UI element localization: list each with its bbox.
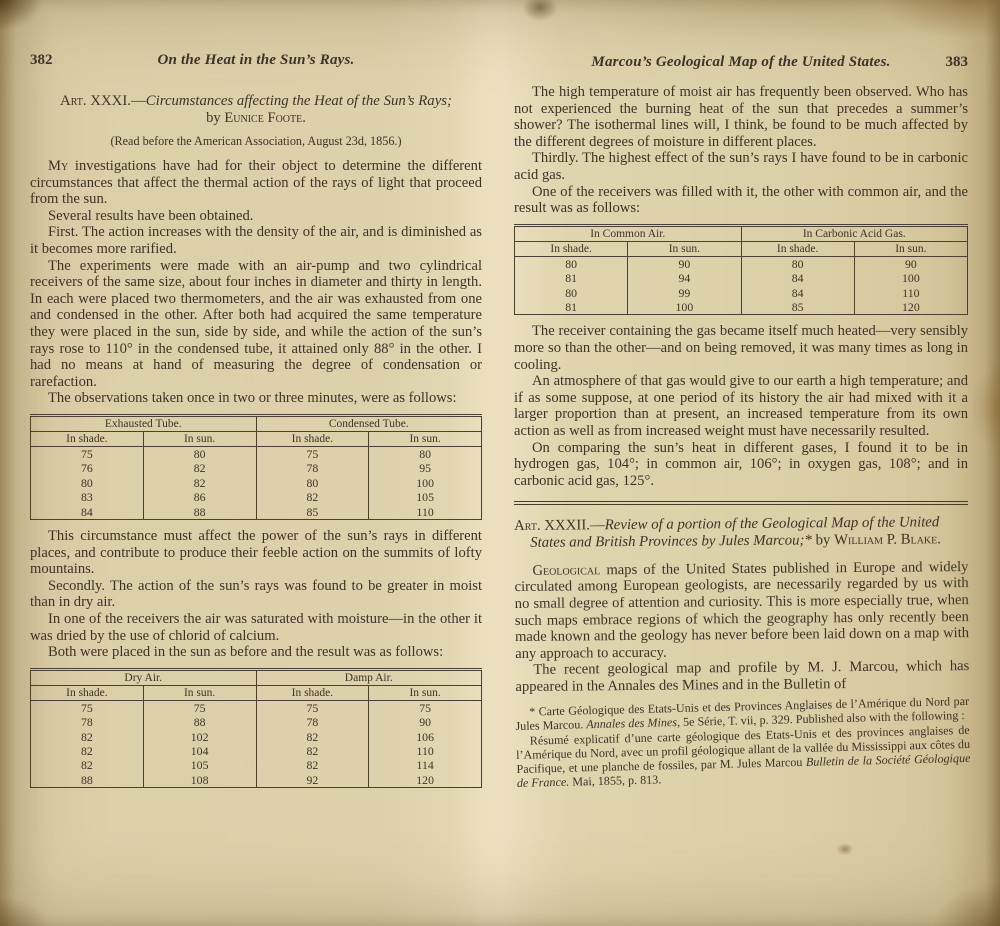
paragraph: On comparing the sun’s heat in different… <box>514 440 968 490</box>
left-body-1: My investigations have had for their obj… <box>30 158 482 407</box>
paragraph: The experiments were made with an air-pu… <box>30 258 482 391</box>
table-row: 8210582114 <box>31 758 482 772</box>
table-cell: 80 <box>741 256 854 271</box>
table-common-carbonic: In Common Air. In Carbonic Acid Gas. In … <box>514 224 968 316</box>
running-head-left: 382 On the Heat in the Sun’s Rays. <box>30 52 482 69</box>
table-column-header: In shade. <box>256 431 369 446</box>
table-cell: 85 <box>256 505 369 520</box>
table-row: 8210282106 <box>31 730 482 744</box>
right-body-1: The high temperature of moist air has fr… <box>514 84 968 217</box>
table-cell: 110 <box>369 744 482 758</box>
table-cell: 75 <box>31 446 144 461</box>
table-row: 848885110 <box>31 505 482 520</box>
table-cell: 108 <box>143 773 256 788</box>
table-cell: 78 <box>256 461 369 475</box>
paragraph: The high temperature of moist air has fr… <box>514 84 968 150</box>
table-cell: 84 <box>31 505 144 520</box>
table-cell: 82 <box>143 461 256 475</box>
table-cell: 110 <box>854 286 967 300</box>
table-cell: 75 <box>256 446 369 461</box>
paragraph: An atmosphere of that gas would give to … <box>514 373 968 439</box>
table-cell: 120 <box>369 773 482 788</box>
running-head-title-left: On the Heat in the Sun’s Rays. <box>64 52 448 69</box>
table-column-header: In shade. <box>256 685 369 700</box>
article-1-byline: by Eunice Foote. <box>30 110 482 127</box>
paragraph-text: investigations have had for their object… <box>30 158 482 207</box>
table-group-header: Condensed Tube. <box>256 415 482 431</box>
table-group-header-row: Exhausted Tube. Condensed Tube. <box>31 415 482 431</box>
table-cell: 78 <box>31 715 144 729</box>
paragraph: Thirdly. The highest effect of the sun’s… <box>514 150 968 183</box>
running-head-right: Marcou’s Geological Map of the United St… <box>514 54 968 71</box>
table-group-header: In Common Air. <box>515 225 742 241</box>
table-cell: 75 <box>369 700 482 715</box>
left-body-2: This circumstance must affect the power … <box>30 528 482 661</box>
read-note: (Read before the American Association, A… <box>30 134 482 149</box>
table-cell: 88 <box>143 505 256 520</box>
table-cell: 82 <box>31 744 144 758</box>
table-cell: 82 <box>31 758 144 772</box>
page-left: 382 On the Heat in the Sun’s Rays. Art. … <box>0 0 500 926</box>
table-group-header: Exhausted Tube. <box>31 415 257 431</box>
paragraph-lead: Geological <box>532 562 600 579</box>
table-column-header: In shade. <box>515 241 628 256</box>
table-column-header: In sun. <box>628 241 741 256</box>
table-cell: 100 <box>369 476 482 490</box>
table-exhausted-condensed: Exhausted Tube. Condensed Tube. In shade… <box>30 414 482 520</box>
table-cell: 110 <box>369 505 482 520</box>
table-cell: 75 <box>31 700 144 715</box>
table-group-header: Dry Air. <box>31 669 257 685</box>
paragraph: First. The action increases with the den… <box>30 224 482 257</box>
table-group-header: Damp Air. <box>256 669 482 685</box>
article-2-dash: — <box>590 518 605 534</box>
table-body: 7575757578887890821028210682104821108210… <box>31 700 482 787</box>
paragraph: The recent geological map and profile by… <box>515 659 969 696</box>
table-row: 8210482110 <box>31 744 482 758</box>
table-cell: 76 <box>31 461 144 475</box>
table-cell: 92 <box>256 773 369 788</box>
table-cell: 82 <box>256 744 369 758</box>
footnote-paragraph: Résumé explicatif d’une carte géologique… <box>516 722 971 790</box>
table-cell: 82 <box>31 730 144 744</box>
table-cell: 106 <box>369 730 482 744</box>
table-cell: 82 <box>256 490 369 504</box>
table-cell: 78 <box>256 715 369 729</box>
table-column-header: In shade. <box>31 685 144 700</box>
table-cell: 114 <box>369 758 482 772</box>
right-body-2: The receiver containing the gas became i… <box>514 323 968 489</box>
table-cell: 90 <box>369 715 482 729</box>
table-row: 838682105 <box>31 490 482 504</box>
article-1-author: Eunice Foote. <box>224 110 306 126</box>
table-cell: 82 <box>256 758 369 772</box>
table-cell: 88 <box>31 773 144 788</box>
table-row: 78887890 <box>31 715 482 729</box>
table-cell: 102 <box>143 730 256 744</box>
paragraph: One of the receivers was filled with it,… <box>514 184 968 217</box>
table-row: 76827895 <box>31 461 482 475</box>
table-cell: 85 <box>741 300 854 315</box>
table-row: 75757575 <box>31 700 482 715</box>
table-cell: 100 <box>854 271 967 285</box>
table-cell: 86 <box>143 490 256 504</box>
table-group-header-row: Dry Air. Damp Air. <box>31 669 482 685</box>
table-column-header: In sun. <box>143 431 256 446</box>
book-spread: 382 On the Heat in the Sun’s Rays. Art. … <box>0 0 1000 926</box>
table-group-header-row: In Common Air. In Carbonic Acid Gas. <box>515 225 968 241</box>
table-cell: 105 <box>143 758 256 772</box>
paragraph: Several results have been obtained. <box>30 208 482 225</box>
table-cell: 100 <box>628 300 741 315</box>
table-column-header: In sun. <box>143 685 256 700</box>
article-divider-rule <box>514 501 968 505</box>
paragraph: The observations taken once in two or th… <box>30 390 482 407</box>
footnote: * Carte Géologique des Etats-Unis et des… <box>515 694 971 791</box>
table-cell: 82 <box>256 730 369 744</box>
page-right: Marcou’s Geological Map of the United St… <box>500 0 1000 926</box>
table-row: 808280100 <box>31 476 482 490</box>
paragraph: In one of the receivers the air was satu… <box>30 611 482 644</box>
table-group-header: In Carbonic Acid Gas. <box>741 225 968 241</box>
table-column-header-row: In shade. In sun. In shade. In sun. <box>31 685 482 700</box>
page-number-left: 382 <box>30 52 64 69</box>
paragraph: The receiver containing the gas became i… <box>514 323 968 373</box>
table-cell: 104 <box>143 744 256 758</box>
paragraph: My investigations have had for their obj… <box>30 158 482 208</box>
table-column-header: In sun. <box>369 685 482 700</box>
article-2-author: William P. Blake. <box>834 532 941 549</box>
table-cell: 88 <box>143 715 256 729</box>
table-cell: 80 <box>31 476 144 490</box>
page-number-right: 383 <box>934 54 968 71</box>
table-cell: 80 <box>515 286 628 300</box>
table-cell: 120 <box>854 300 967 315</box>
table-cell: 80 <box>143 446 256 461</box>
table-row: 75807580 <box>31 446 482 461</box>
article-2-label: Art. XXXII. <box>514 518 590 535</box>
byline-prefix: by <box>812 533 834 549</box>
article-1-title: Circumstances affecting the Heat of the … <box>146 93 452 109</box>
byline-prefix: by <box>206 110 224 126</box>
table-row: 819484100 <box>515 271 968 285</box>
table-cell: 80 <box>515 256 628 271</box>
table-cell: 82 <box>143 476 256 490</box>
table-cell: 75 <box>256 700 369 715</box>
table-row: 809984110 <box>515 286 968 300</box>
article-1-dash: — <box>131 93 146 109</box>
table-cell: 83 <box>31 490 144 504</box>
article-2-heading: Art. XXXII.—Review of a portion of the G… <box>514 514 968 553</box>
footnote-text: Mai, 1855, p. 813. <box>569 773 661 789</box>
table-column-header-row: In shade. In sun. In shade. In sun. <box>515 241 968 256</box>
table-cell: 84 <box>741 271 854 285</box>
table-row: 80908090 <box>515 256 968 271</box>
table-cell: 105 <box>369 490 482 504</box>
table-cell: 80 <box>256 476 369 490</box>
table-cell: 95 <box>369 461 482 475</box>
running-head-title-right: Marcou’s Geological Map of the United St… <box>548 54 934 71</box>
paragraph-lead: My <box>48 158 68 174</box>
table-column-header: In sun. <box>369 431 482 446</box>
table-cell: 80 <box>369 446 482 461</box>
table-cell: 81 <box>515 300 628 315</box>
article-2-block: Art. XXXII.—Review of a portion of the G… <box>514 514 970 790</box>
table-cell: 94 <box>628 271 741 285</box>
table-body: 809080908194841008099841108110085120 <box>515 256 968 315</box>
table-cell: 90 <box>628 256 741 271</box>
paragraph: Both were placed in the sun as before an… <box>30 644 482 661</box>
table-cell: 99 <box>628 286 741 300</box>
table-column-header-row: In shade. In sun. In shade. In sun. <box>31 431 482 446</box>
table-cell: 75 <box>143 700 256 715</box>
paragraph: This circumstance must affect the power … <box>30 528 482 578</box>
table-cell: 81 <box>515 271 628 285</box>
table-column-header: In sun. <box>854 241 967 256</box>
table-body: 7580758076827895808280100838682105848885… <box>31 446 482 519</box>
table-cell: 84 <box>741 286 854 300</box>
table-row: 8810892120 <box>31 773 482 788</box>
table-column-header: In shade. <box>741 241 854 256</box>
paragraph: Secondly. The action of the sun’s rays w… <box>30 578 482 611</box>
table-row: 8110085120 <box>515 300 968 315</box>
table-column-header: In shade. <box>31 431 144 446</box>
article-1-label: Art. XXXI. <box>60 93 131 109</box>
article-1-heading: Art. XXXI.—Circumstances affecting the H… <box>30 93 482 110</box>
table-cell: 90 <box>854 256 967 271</box>
paragraph: Geological maps of the United States pub… <box>514 559 969 663</box>
table-dry-damp: Dry Air. Damp Air. In shade. In sun. In … <box>30 668 482 788</box>
